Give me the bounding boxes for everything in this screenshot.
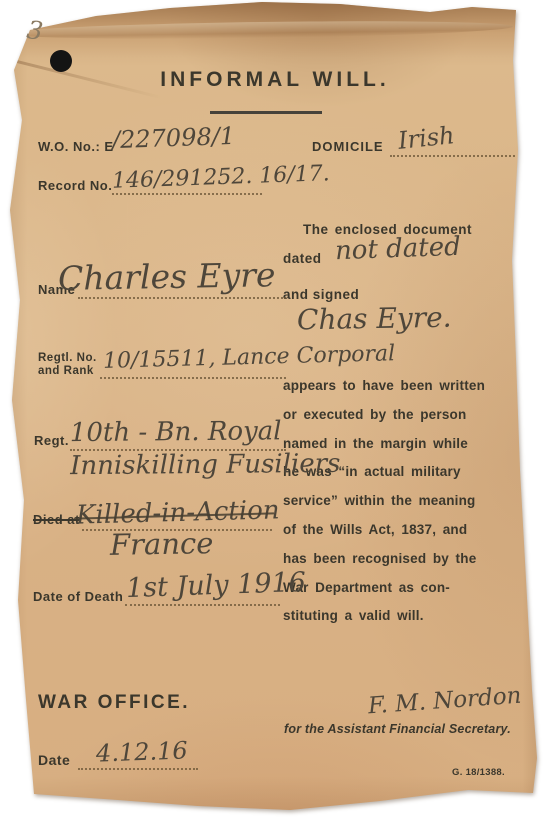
regtl-number-label: Regtl. No. and Rank: [38, 352, 97, 378]
top-fold-crease: [8, 18, 513, 41]
form-title: INFORMAL WILL.: [0, 68, 550, 92]
date-value: 4.12.16: [96, 738, 188, 765]
regtl-label-line2: and Rank: [38, 365, 94, 377]
date-of-death-label: Date of Death: [33, 589, 123, 604]
signed-label: and signed: [283, 287, 359, 302]
form-code: G. 18/1388.: [452, 767, 505, 778]
domicile-label: DOMICILE: [312, 139, 384, 154]
signed-value: Chas Eyre.: [297, 304, 452, 335]
wo-number-value: /227098/1: [112, 124, 236, 152]
signature-caption: for the Assistant Financial Secretary.: [284, 722, 511, 736]
scanned-document: 3 INFORMAL WILL. W.O. No.: E /227098/1 D…: [0, 0, 550, 826]
died-at-place: France: [110, 529, 214, 560]
war-office-label: WAR OFFICE.: [38, 692, 190, 714]
wo-number-label: W.O. No.: E: [38, 139, 114, 154]
regt-value: 10th - Bn. Royal Inniskilling Fusiliers: [70, 415, 341, 483]
record-number-label: Record No.: [38, 178, 112, 193]
date-label: Date: [38, 752, 70, 768]
name-dotted-line: [78, 297, 286, 299]
regt-label: Regt.: [34, 433, 69, 448]
died-at-label: Died at: [33, 512, 80, 527]
date-dotted-line: [78, 768, 198, 770]
dated-label: dated: [283, 251, 322, 266]
date-of-death-dotted-line: [125, 604, 280, 606]
statement-body: appears to have been written or executed…: [283, 372, 519, 631]
date-of-death-value: 1st July 1916: [126, 569, 307, 602]
domicile-value: Irish: [397, 123, 456, 153]
regtl-dotted-line: [100, 377, 286, 379]
name-value: Charles Eyre: [58, 258, 276, 295]
domicile-dotted-line: [390, 155, 515, 157]
regtl-label-line1: Regtl. No.: [38, 352, 97, 364]
record-number-dotted-line: [112, 193, 262, 195]
dated-value: not dated: [335, 234, 462, 264]
title-rule: [210, 111, 322, 114]
